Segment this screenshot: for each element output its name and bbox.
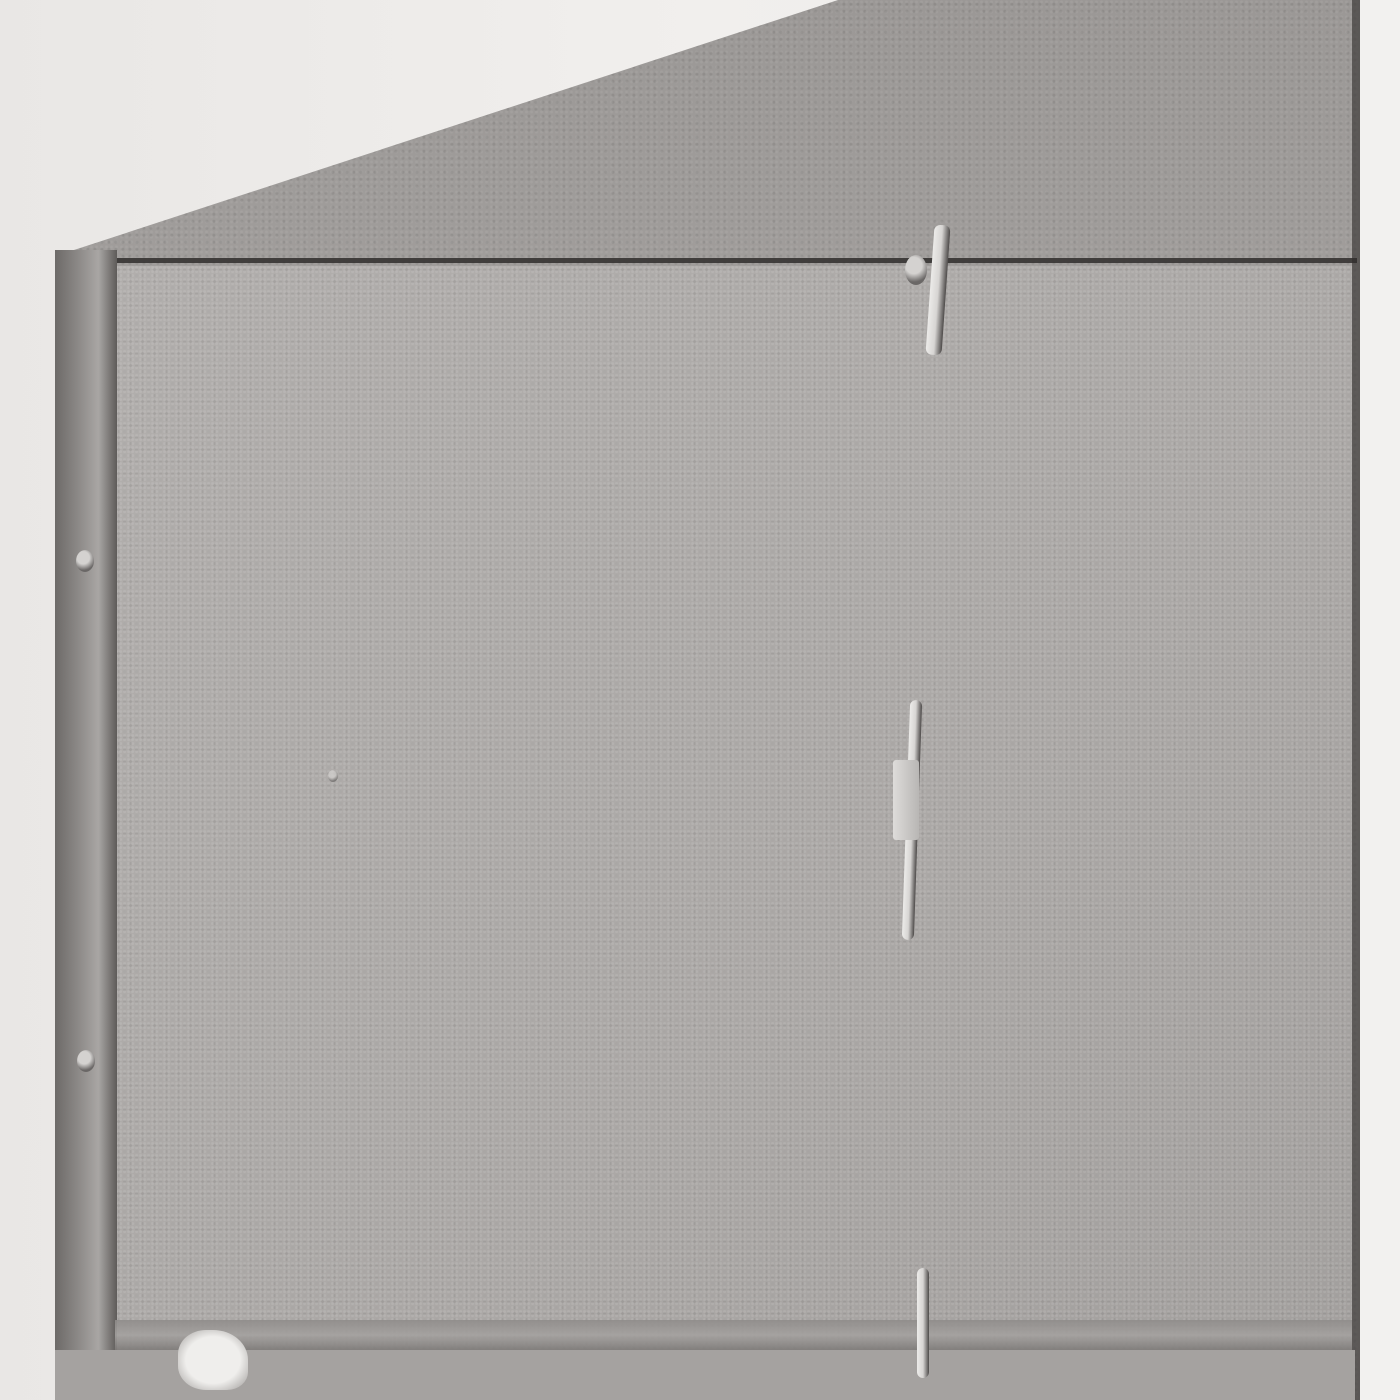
screw-icon — [328, 770, 338, 782]
rivet-icon — [76, 550, 94, 572]
bottom-latch-icon — [178, 1330, 248, 1390]
panel-right-edge — [1352, 0, 1360, 1400]
bottom-strip — [55, 1350, 1355, 1400]
right-wall — [1360, 0, 1400, 1400]
rivet-icon — [77, 1050, 95, 1072]
photo-scene — [0, 0, 1400, 1400]
bottom-hinge-icon — [917, 1268, 929, 1378]
hinge-knuckle-icon — [905, 255, 927, 285]
door-frame-bottom — [115, 1320, 1352, 1350]
door-frame-left — [55, 250, 117, 1400]
access-door — [115, 266, 1352, 1346]
latch-icon — [893, 760, 919, 840]
top-seam — [95, 258, 1357, 263]
